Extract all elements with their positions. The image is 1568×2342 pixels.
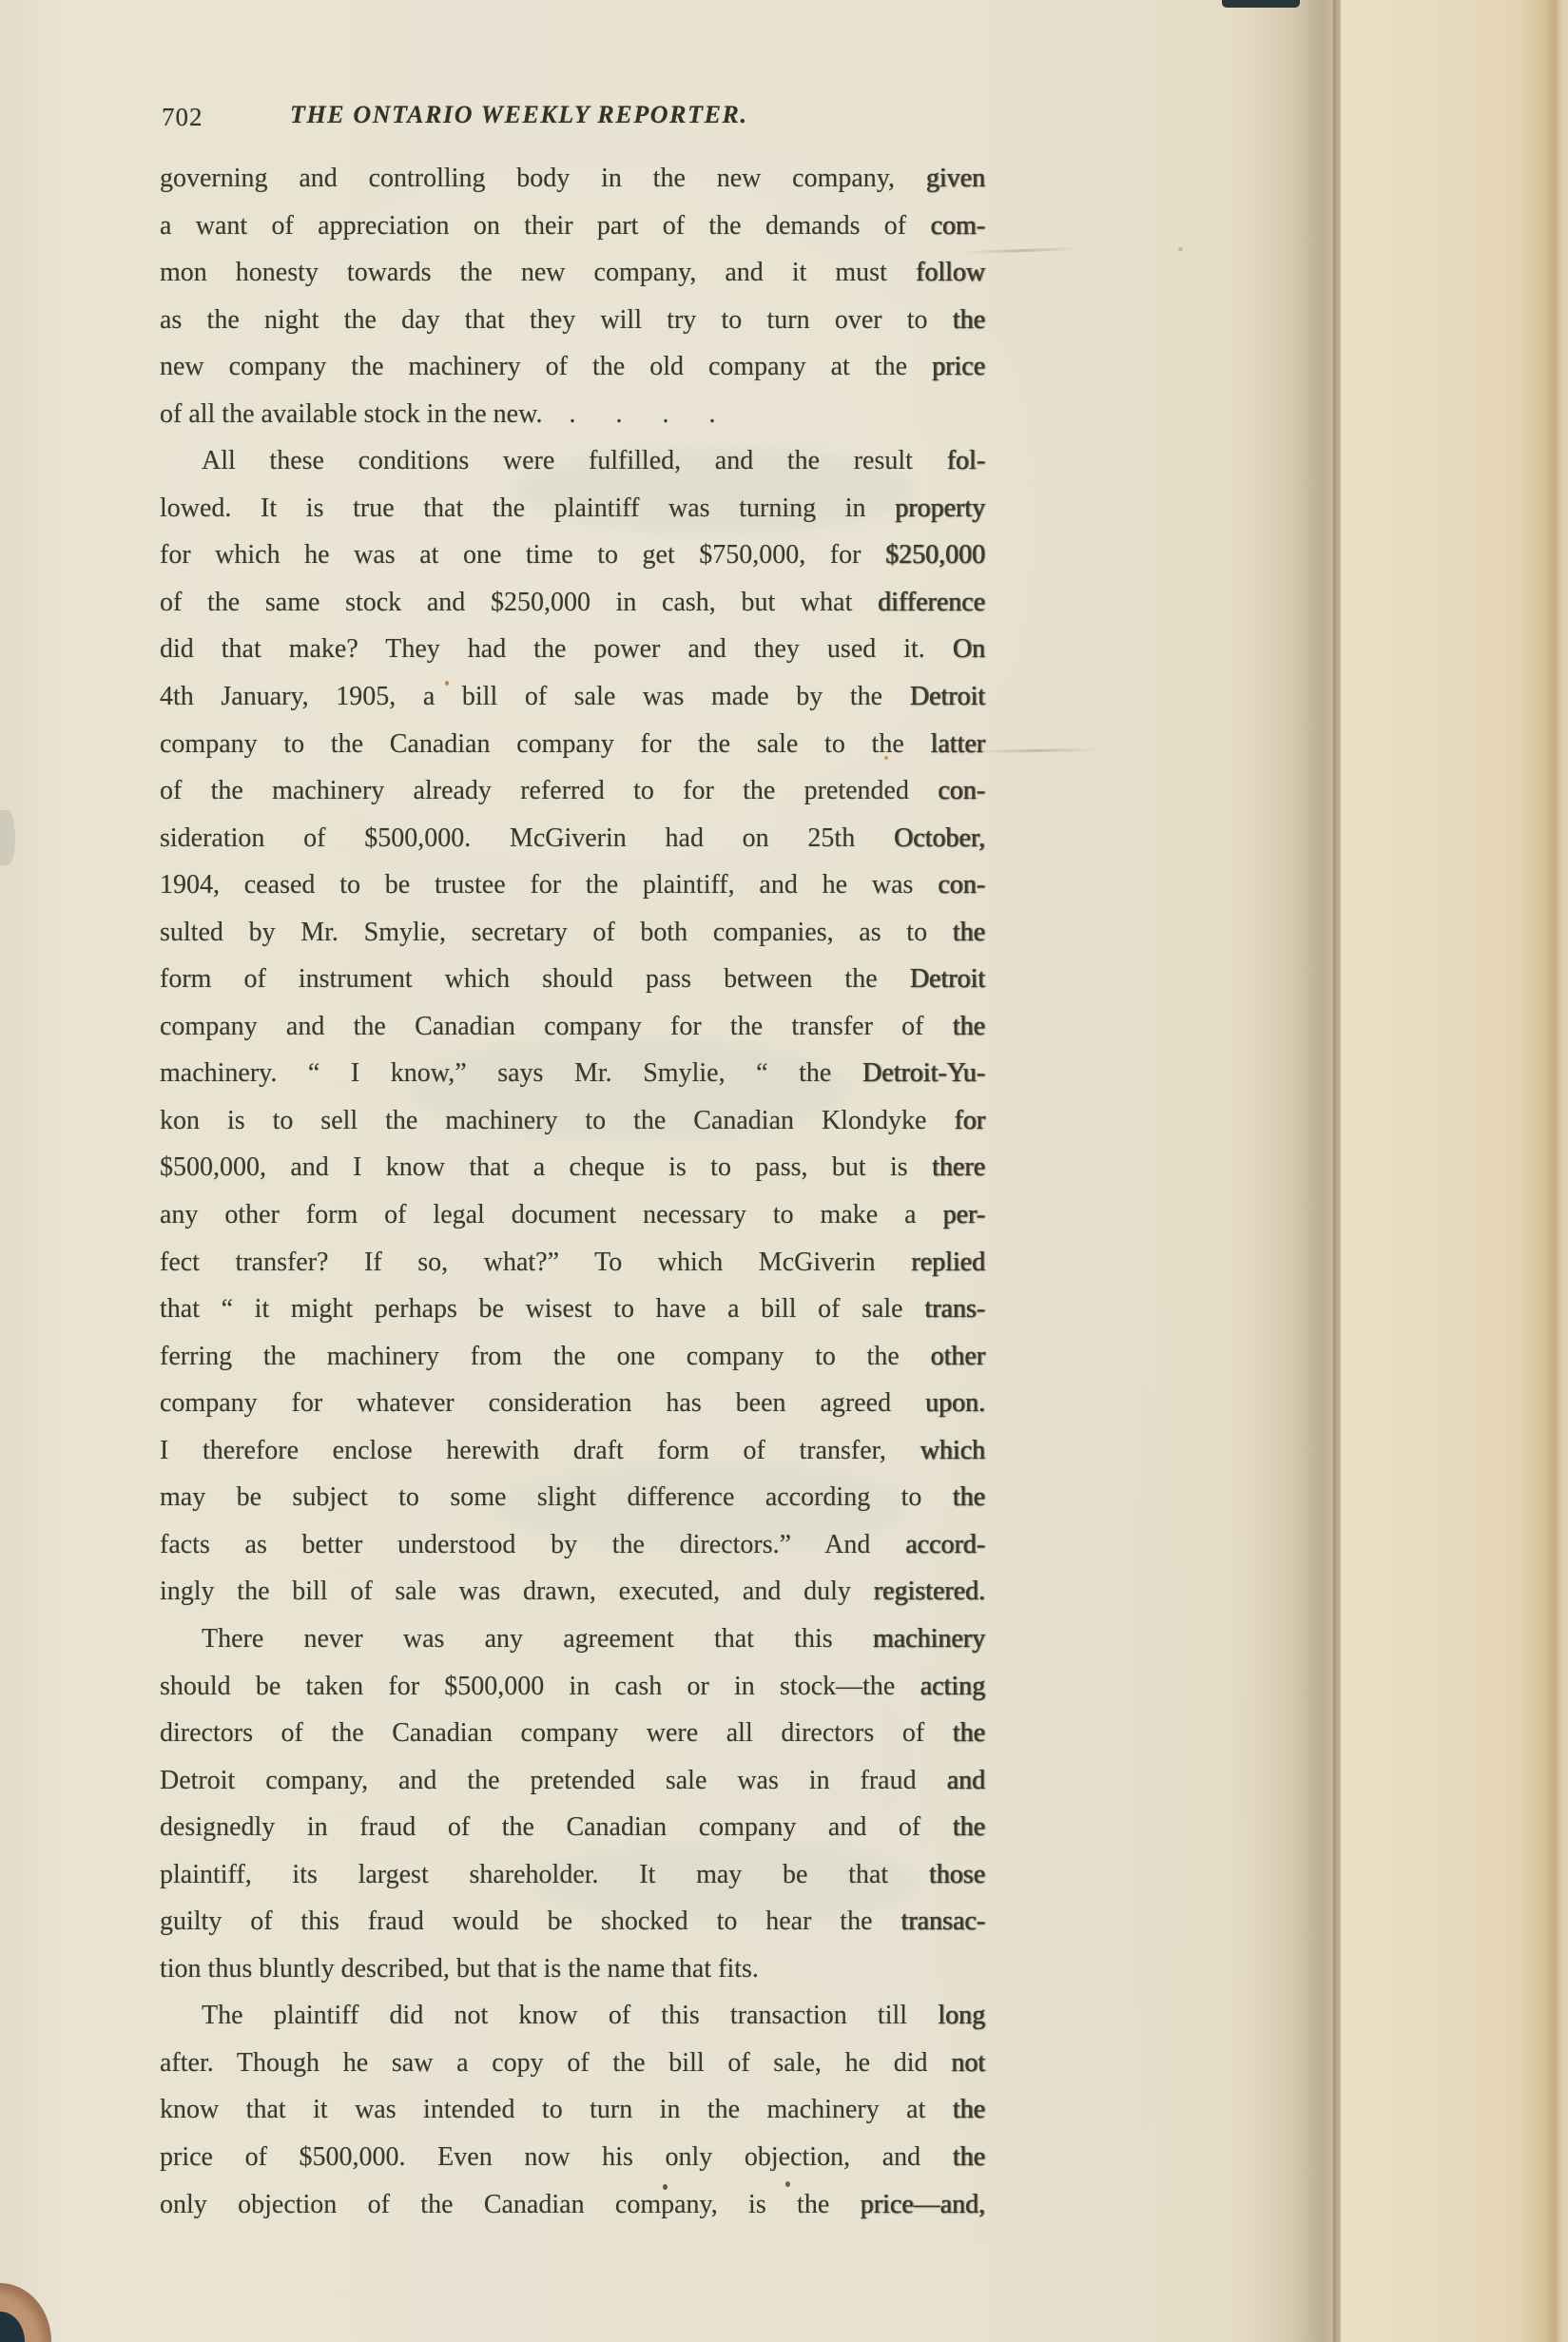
text-line: know that it was intended to turn in the… [160,2086,985,2134]
ink-offset-word: property [895,494,985,523]
text-line: as the night the day that they will try … [160,297,985,344]
ink-offset-word: registered. [874,1577,985,1606]
ink-offset-word: transac- [900,1907,985,1936]
ink-offset-word: con- [938,776,985,805]
text-line: company and the Canadian company for the… [160,1003,985,1051]
text-line: 4th January, 1905, a bill of sale was ma… [160,673,985,721]
ink-offset-word: the [953,305,985,335]
text-line: new company the machinery of the old com… [160,343,985,391]
ink-offset-word: those [929,1860,985,1889]
ink-offset-word: the [953,1718,985,1748]
ink-offset-word: the [953,918,985,947]
stain-speck [1178,247,1183,251]
stacked-page-edge [1341,0,1568,2342]
text-line: ferring the machinery from the one compa… [160,1333,985,1381]
body-text: governing and controlling body in the ne… [160,155,985,2228]
page-number: 702 [162,103,203,132]
text-line: did that make? They had the power and th… [160,626,985,673]
text-line: fect transfer? If so, what?” To which Mc… [160,1239,985,1287]
text-line: $500,000, and I know that a cheque is to… [160,1144,985,1191]
text-line: price of $500,000. Even now his only obj… [160,2134,985,2181]
text-line: kon is to sell the machinery to the Cana… [160,1097,985,1145]
text-line: a want of appreciation on their part of … [160,203,985,250]
ink-offset-word: the [953,2095,985,2124]
text-line: designedly in fraud of the Canadian comp… [160,1804,985,1851]
ink-offset-word: replied [911,1248,985,1277]
page-curve-shadow [1236,0,1341,2342]
text-line: Detroit company, and the pretended sale … [160,1757,985,1805]
text-line: for which he was at one time to get $750… [160,532,985,579]
ink-offset-word: com- [930,211,985,241]
text-line: after. Though he saw a copy of the bill … [160,2040,985,2087]
ink-offset-word: there [932,1152,985,1182]
ink-offset-word: the [953,1482,985,1512]
text-line: of the same stock and $250,000 in cash, … [160,579,985,627]
text-line: that “ it might perhaps be wisest to hav… [160,1286,985,1333]
text-line: of the machinery already referred to for… [160,767,985,815]
text-line: machinery. “ I know,” says Mr. Smylie, “… [160,1050,985,1097]
text-line: 1904, ceased to be trustee for the plain… [160,861,985,909]
text-line: lowed. It is true that the plaintiff was… [160,485,985,532]
text-line: may be subject to some slight difference… [160,1474,985,1521]
running-title: THE ONTARIO WEEKLY REPORTER. [290,101,748,129]
page-header: 702 THE ONTARIO WEEKLY REPORTER. [160,101,985,155]
ink-offset-word: and [947,1766,985,1795]
ink-offset-word: Detroit [910,682,985,711]
text-line: should be taken for $500,000 in cash or … [160,1663,985,1711]
ink-offset-word: con- [938,870,985,900]
ink-offset-word: accord- [905,1530,985,1559]
ink-offset-word: for [954,1106,985,1135]
text-line: plaintiff, its largest shareholder. It m… [160,1851,985,1899]
text-line: mon honesty towards the new company, and… [160,249,985,297]
ink-offset-word: latter [930,729,985,759]
ink-offset-word: $250,000 [885,540,985,570]
text-line: guilty of this fraud would be shocked to… [160,1898,985,1945]
text-line: tion thus bluntly described, but that is… [160,1945,985,1993]
ink-offset-word: not [951,2048,985,2078]
ink-offset-word: per- [942,1200,985,1229]
ink-offset-word: which [920,1436,985,1465]
ink-offset-word: fol- [947,446,985,475]
text-line: The plaintiff did not know of this trans… [160,1992,985,2040]
ink-offset-word: long [938,2001,985,2030]
ink-offset-word: given [926,164,985,193]
ink-offset-word: the [953,1812,985,1842]
text-line: I therefore enclose herewith draft form … [160,1427,985,1475]
ink-offset-word: upon. [925,1388,985,1418]
binding-mark-top [1222,0,1300,8]
ink-offset-word: difference [878,588,985,617]
ink-offset-word: trans- [924,1294,985,1324]
ink-offset-word: the [953,2142,985,2172]
text-line: sulted by Mr. Smylie, secretary of both … [160,909,985,957]
ink-offset-word: Detroit [910,964,985,994]
text-line: any other form of legal document necessa… [160,1191,985,1239]
edge-blotch [0,810,15,865]
text-line: company to the Canadian company for the … [160,721,985,768]
ink-offset-word: On [953,634,985,664]
printed-text-block: 702 THE ONTARIO WEEKLY REPORTER. governi… [160,101,985,2228]
ink-offset-word: Detroit-Yu- [862,1058,985,1088]
text-line: of all the available stock in the new. .… [160,391,985,438]
ink-offset-word: October, [894,823,985,853]
ink-offset-word: other [930,1342,985,1371]
ink-offset-word: machinery [873,1624,985,1654]
text-line: facts as better understood by the direct… [160,1521,985,1569]
ink-offset-word: price—and, [861,2190,985,2219]
text-line: form of instrument which should pass bet… [160,956,985,1003]
ink-offset-word: the [953,1012,985,1041]
text-line: company for whatever consideration has b… [160,1380,985,1427]
text-line: only objection of the Canadian company, … [160,2181,985,2229]
text-line: directors of the Canadian company were a… [160,1710,985,1757]
text-line: governing and controlling body in the ne… [160,155,985,203]
text-line: sideration of $500,000. McGiverin had on… [160,815,985,862]
ink-offset-word: acting [920,1672,985,1701]
ink-offset-word: price [932,352,985,381]
text-line: ingly the bill of sale was drawn, execut… [160,1568,985,1616]
ink-offset-word: follow [916,258,985,287]
text-line: There never was any agreement that this … [160,1616,985,1663]
text-line: All these conditions were fulfilled, and… [160,437,985,485]
